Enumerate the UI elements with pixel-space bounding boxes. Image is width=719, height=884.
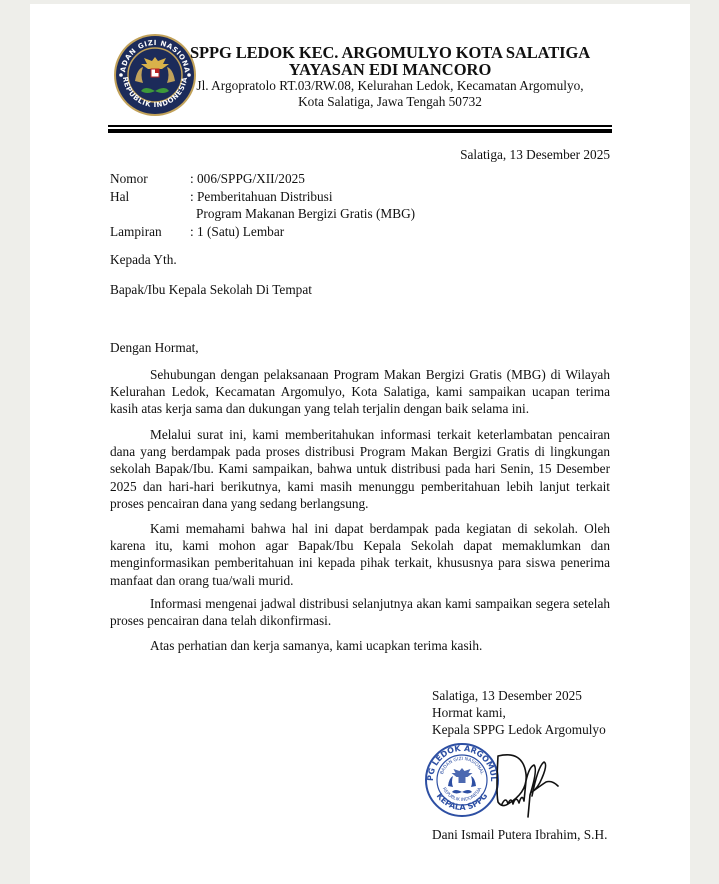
recipient: Bapak/Ibu Kepala Sekolah Di Tempat — [110, 281, 312, 298]
address-line-1: Jl. Argopratolo RT.03/RW.08, Kelurahan L… — [180, 78, 600, 94]
signer-name: Dani Ismail Putera Ibrahim, S.H. — [432, 826, 607, 843]
letterhead-divider-thin — [108, 125, 612, 127]
closing-regards: Hormat kami, — [432, 704, 642, 721]
meta-nomor: Nomor : 006/SPPG/XII/2025 — [110, 170, 530, 188]
letterhead: SPPG LEDOK KEC. ARGOMULYO KOTA SALATIGA … — [180, 44, 600, 110]
hal-value: : Pemberitahuan Distribusi — [190, 188, 530, 206]
meta-lampiran: Lampiran : 1 (Satu) Lembar — [110, 223, 530, 241]
closing-paragraph: Atas perhatian dan kerja samanya, kami u… — [110, 637, 610, 654]
letterhead-divider-thick — [108, 129, 612, 133]
lampiran-label: Lampiran — [110, 223, 190, 241]
handwritten-signature-icon — [488, 746, 568, 820]
foundation-name: YAYASAN EDI MANCORO — [180, 61, 600, 78]
nomor-value: : 006/SPPG/XII/2025 — [190, 170, 530, 188]
letter-meta: Nomor : 006/SPPG/XII/2025 Hal : Pemberit… — [110, 170, 530, 240]
body-paragraph: Melalui surat ini, kami memberitahukan i… — [110, 426, 610, 512]
body-paragraph: Sehubungan dengan pelaksanaan Program Ma… — [110, 366, 610, 418]
organization-name: SPPG LEDOK KEC. ARGOMULYO KOTA SALATIGA — [180, 44, 600, 61]
hal-value-continued: Program Makanan Bergizi Gratis (MBG) — [110, 205, 530, 223]
body-paragraph: Kami memahami bahwa hal ini dapat berdam… — [110, 520, 610, 589]
lampiran-value: : 1 (Satu) Lembar — [190, 223, 530, 241]
nomor-label: Nomor — [110, 170, 190, 188]
letter-date: Salatiga, 13 Desember 2025 — [460, 146, 610, 163]
recipient-intro: Kepada Yth. — [110, 251, 177, 268]
body-paragraph: Informasi mengenai jadwal distribusi sel… — [110, 595, 610, 629]
hal-label: Hal — [110, 188, 190, 206]
meta-hal: Hal : Pemberitahuan Distribusi — [110, 188, 530, 206]
closing-date: Salatiga, 13 Desember 2025 — [432, 687, 642, 704]
signature-block: Salatiga, 13 Desember 2025 Hormat kami, … — [432, 687, 642, 739]
signer-position: Kepala SPPG Ledok Argomulyo — [432, 721, 642, 738]
salutation: Dengan Hormat, — [110, 339, 199, 356]
address-line-2: Kota Salatiga, Jawa Tengah 50732 — [180, 94, 600, 110]
letter-page: BADAN GIZI NASIONAL REPUBLIK INDONESIA S… — [30, 4, 690, 868]
